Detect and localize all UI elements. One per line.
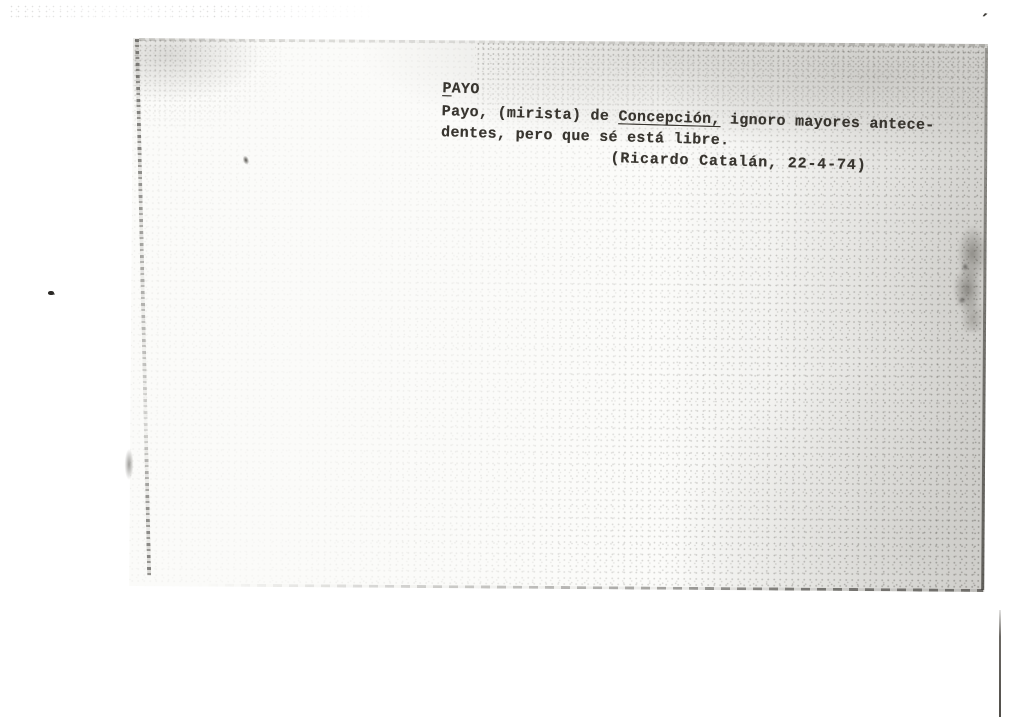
left-edge-blot <box>124 446 134 492</box>
page-edge-shadow-line <box>999 610 1001 717</box>
pencil-scribble-marks <box>8 4 378 20</box>
handwritten-tick: ′ <box>979 13 996 32</box>
index-card: PAYO Payo, (mirista) de Concepción, igno… <box>129 38 988 592</box>
card-edge-bottom <box>129 583 983 592</box>
typewritten-text-block: PAYO Payo, (mirista) de Concepción, igno… <box>440 78 1012 182</box>
scan-page: ′ PAYO Payo, (mirista) de Concepción, ig… <box>0 0 1012 717</box>
line1-underlined: Concepción, <box>618 108 721 128</box>
small-ink-mark <box>240 153 252 169</box>
line1-post: ignoro mayores antece- <box>720 111 934 134</box>
card-edge-left <box>135 39 151 576</box>
card-corner-speckle-topleft <box>132 38 283 129</box>
ink-smudge <box>951 220 988 332</box>
card-edge-top <box>139 38 988 47</box>
card-title-rest: AYO <box>451 80 479 98</box>
margin-dot <box>48 291 54 295</box>
